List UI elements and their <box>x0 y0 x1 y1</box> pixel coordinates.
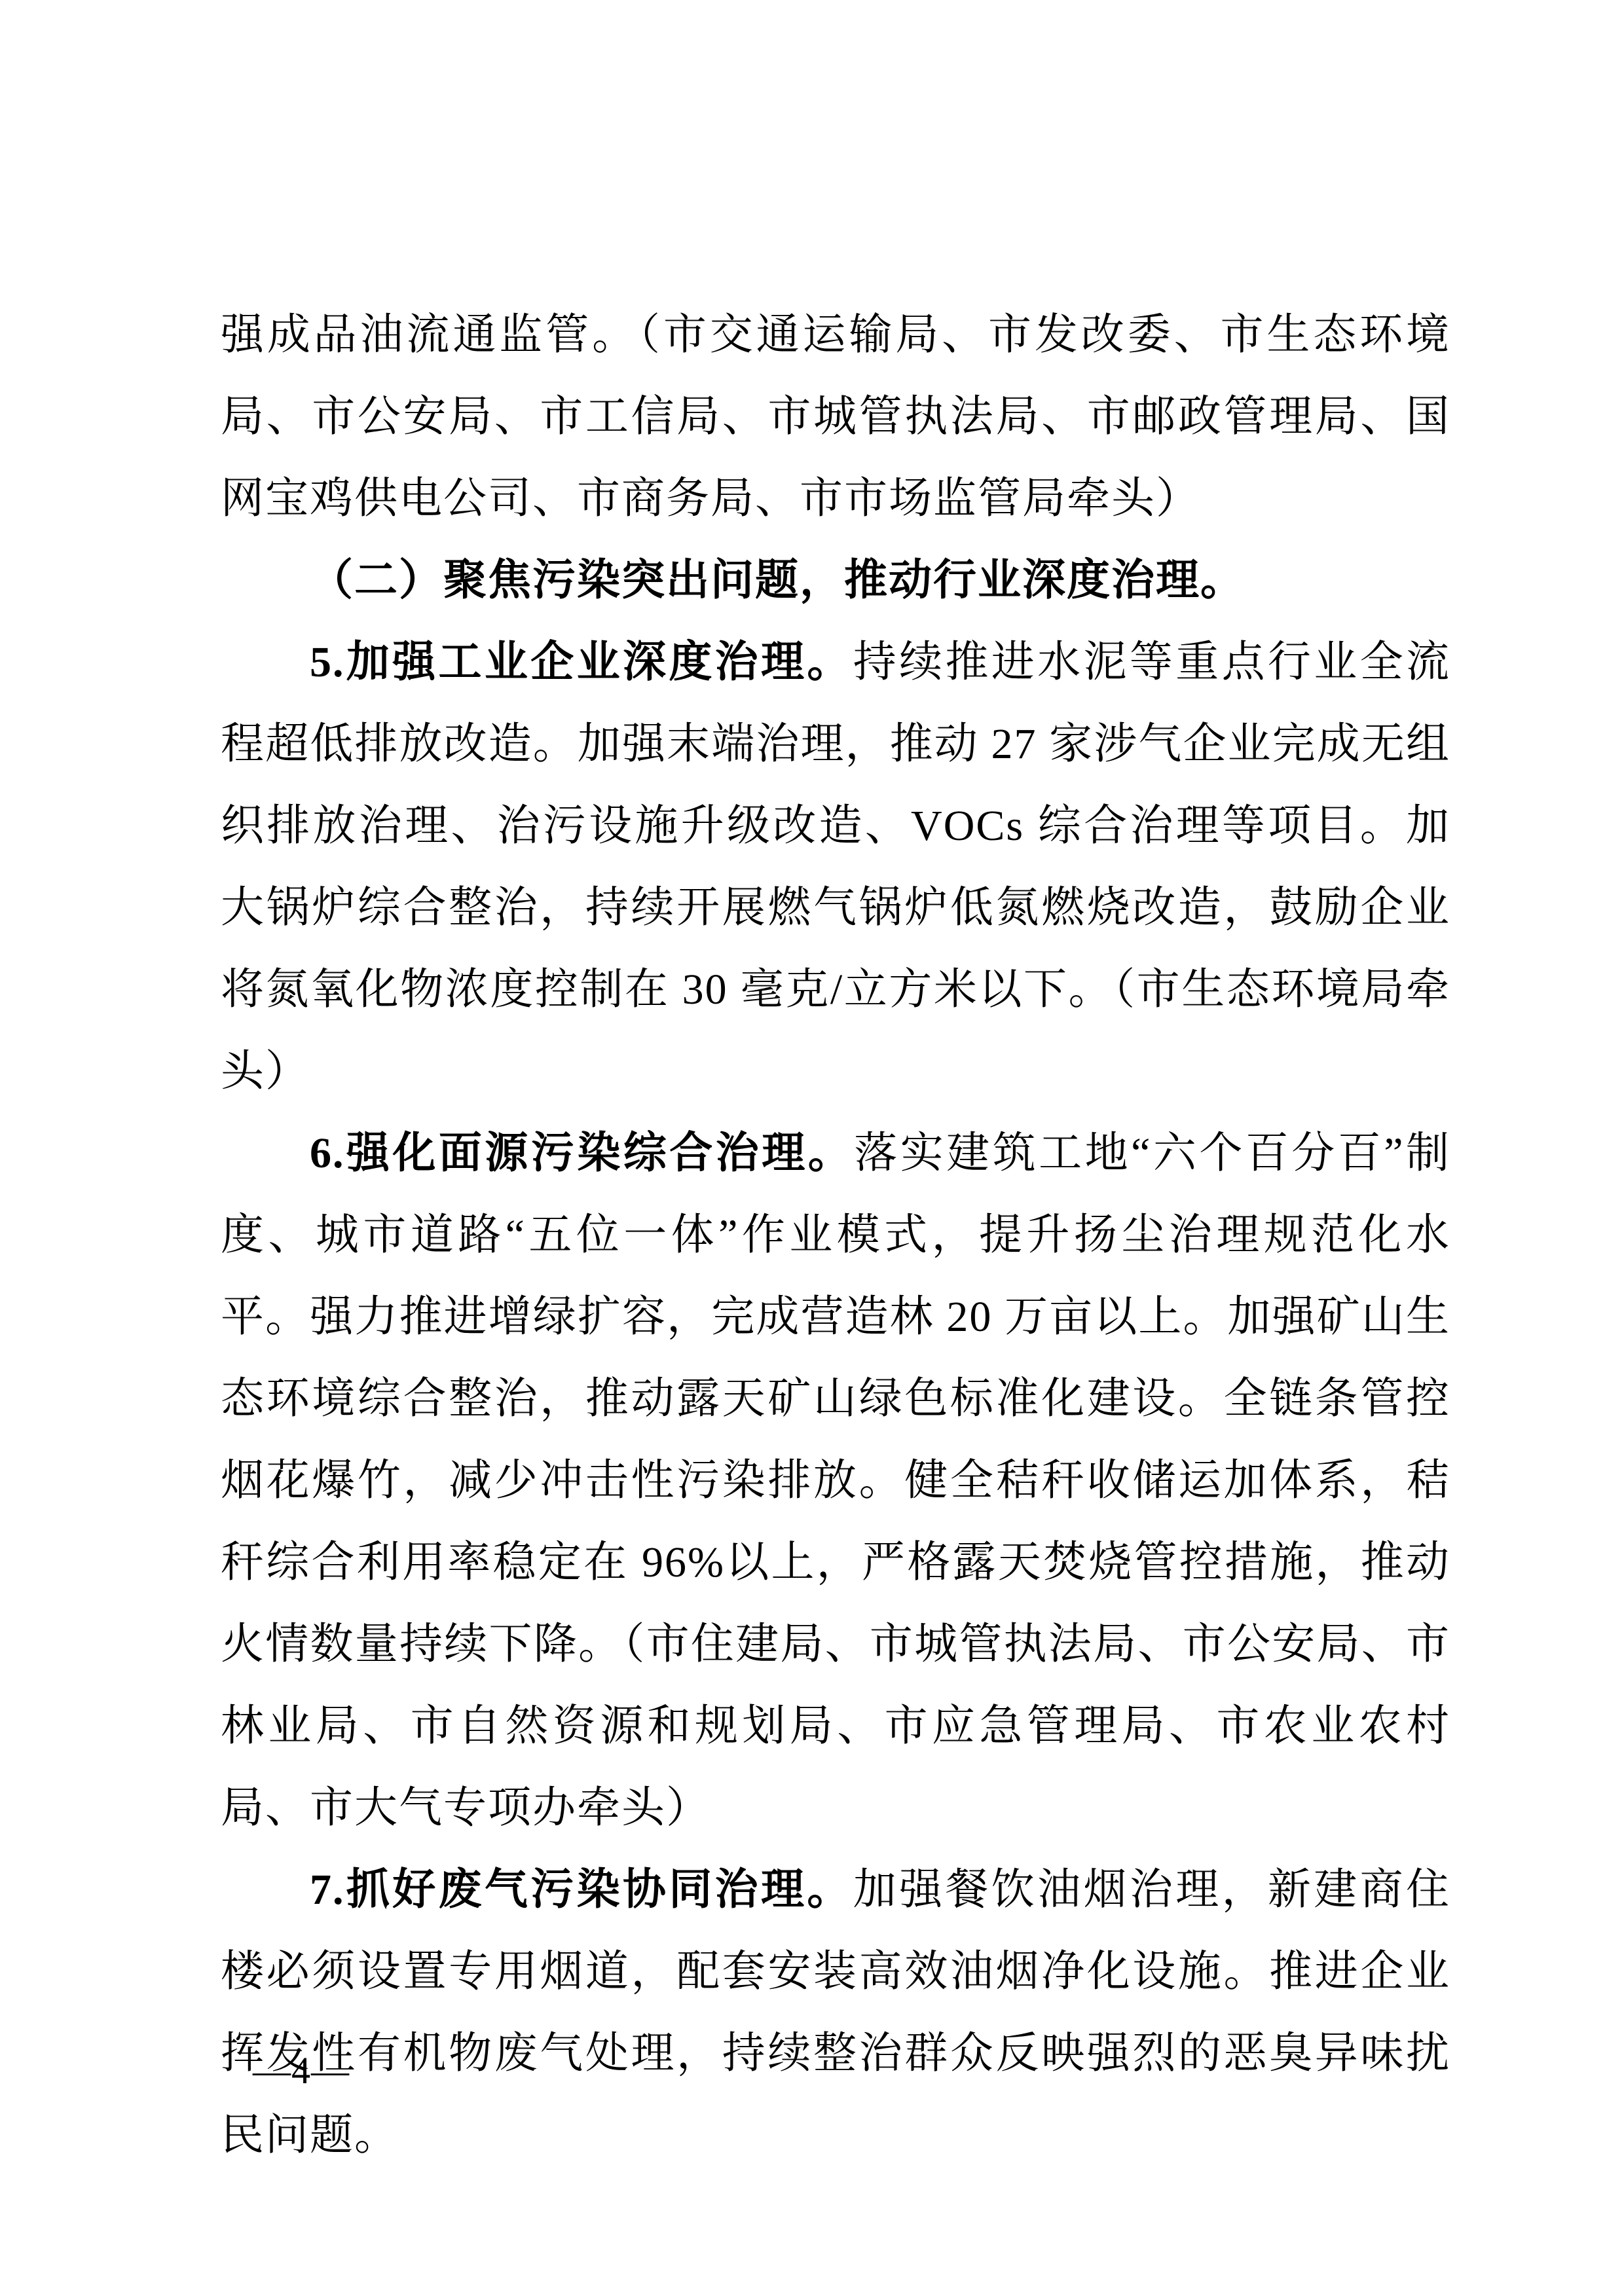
paragraph: 5.加强工业企业深度治理。持续推进水泥等重点行业全流程超低排放改造。加强末端治理… <box>221 621 1450 1112</box>
paragraph: 强成品油流通监管。（市交通运输局、市发改委、市生态环境局、市公安局、市工信局、市… <box>221 294 1450 539</box>
text-run-bold: 7.抓好废气污染协同治理。 <box>310 1866 853 1914</box>
text-run: 持续推进水泥等重点行业全流程超低排放改造。加强末端治理，推动 27 家涉气企业完… <box>221 638 1450 1095</box>
text-run: 落实建筑工地“六个百分百”制度、城市道路“五位一体”作业模式，提升扬尘治理规范化… <box>221 1129 1450 1832</box>
paragraph: （二）聚焦污染突出问题，推动行业深度治理。 <box>221 539 1450 621</box>
text-run: 强成品油流通监管。（市交通运输局、市发改委、市生态环境局、市公安局、市工信局、市… <box>221 311 1450 522</box>
page-number: —4— <box>253 2050 350 2092</box>
text-run-bold: 5.加强工业企业深度治理。 <box>310 638 853 686</box>
text-run-bold: 6.强化面源污染综合治理。 <box>310 1129 854 1177</box>
document-body: 强成品油流通监管。（市交通运输局、市发改委、市生态环境局、市公安局、市工信局、市… <box>221 294 1450 2176</box>
paragraph: 6.强化面源污染综合治理。落实建筑工地“六个百分百”制度、城市道路“五位一体”作… <box>221 1112 1450 1849</box>
document-page: 强成品油流通监管。（市交通运输局、市发改委、市生态环境局、市公安局、市工信局、市… <box>0 0 1624 2296</box>
text-run-bold: （二）聚焦污染突出问题，推动行业深度治理。 <box>310 556 1245 604</box>
paragraph: 7.抓好废气污染协同治理。加强餐饮油烟治理，新建商住楼必须设置专用烟道，配套安装… <box>221 1849 1450 2176</box>
